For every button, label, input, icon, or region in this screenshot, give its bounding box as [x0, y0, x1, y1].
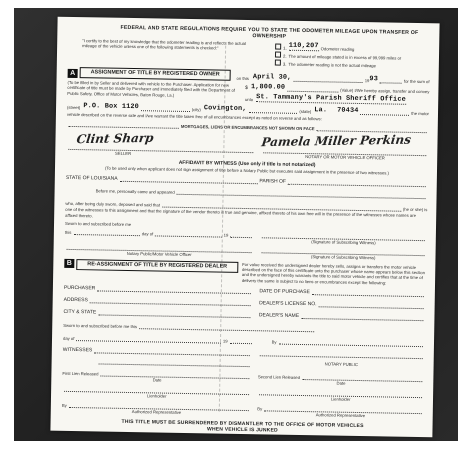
buyer-name-value: St. Tammany's Parish Sheriff Office	[256, 93, 406, 105]
b-by-fill	[278, 337, 423, 347]
odometer-reading-value: 110,207	[289, 42, 319, 52]
b-day-of-label: day of	[63, 336, 75, 341]
by-label-2: By	[257, 406, 262, 411]
date-fill-line	[293, 75, 362, 83]
he-or-she-label: (he or she) is	[403, 207, 428, 212]
city-label: (city)	[192, 107, 201, 112]
state-of-louisiana-label: STATE OF LOUISIANA	[66, 175, 118, 182]
section-a-letter: A	[68, 69, 78, 78]
sworn-this-fill	[139, 322, 315, 332]
odometer-checkbox-3	[275, 59, 281, 65]
witnesses-label: WITNESSES	[63, 347, 93, 354]
dealers-name-fill	[301, 312, 423, 321]
dollar-sign: $	[245, 85, 248, 91]
state-fill-line	[360, 108, 409, 116]
sale-year-value: 93	[369, 75, 378, 83]
unto-label: unto	[245, 97, 253, 102]
this-label: this	[65, 230, 72, 235]
year-fill-line	[380, 76, 402, 83]
notary-public-label: NOTARY PUBLIC	[258, 360, 425, 368]
state-fill	[120, 175, 258, 184]
seller-signature-block: Clint Sharp SELLER	[66, 129, 262, 158]
odometer-option-number: 3.	[283, 62, 287, 67]
mortgages-left-line	[69, 120, 179, 129]
screenshot: FEDERAL AND STATE REGULATIONS REQUIRE YO…	[0, 0, 472, 453]
odometer-option-number: 1.	[283, 46, 287, 51]
odometer-option-1-label: Odometer reading	[321, 46, 355, 52]
city-state-label: CITY & STATE	[63, 309, 96, 316]
notary-signature: Pamela Miller Perkins	[261, 133, 429, 150]
section-b-title: RE-ASSIGNMENT OF TITLE BY REGISTERED DEA…	[76, 259, 238, 273]
nineteen-label: 19	[224, 232, 229, 237]
for-sum-label: for the sum of	[404, 79, 430, 84]
city-fill-line	[249, 106, 298, 114]
address-label: ADDRESS	[64, 297, 88, 303]
notary-signature-block: Pamela Miller Perkins NOTARY OR MOTOR VE…	[262, 133, 429, 162]
amount-fill-line	[287, 85, 338, 93]
year-fill	[230, 230, 252, 237]
odometer-option-3-label: The odometer reading is not the actual m…	[288, 62, 376, 69]
address-fill	[90, 296, 251, 306]
witnesses-fill-1	[94, 346, 250, 356]
sworn-this-label: Sworn to and subscribed before me this	[63, 323, 137, 329]
this-fill	[73, 228, 140, 236]
dealers-name-label: DEALER'S NAME	[259, 312, 299, 319]
first-lien-label: First Lien Released	[62, 371, 98, 377]
b-nineteen-label: 19	[223, 338, 228, 343]
odometer-section: 1. 110,207 Odometer reading 2. The amoun…	[249, 41, 430, 70]
by-label-1: By	[62, 403, 67, 408]
section-a-instructions: (To be filled in by Seller and delivered…	[67, 80, 241, 99]
appeared-label: Before me, personally came and appeared	[96, 189, 175, 195]
city-value: Covington,	[204, 104, 247, 113]
odometer-checkbox-1	[275, 43, 281, 49]
purchaser-fill	[97, 284, 251, 294]
parish-of-label: PARISH OF	[259, 178, 286, 184]
b-dayof-fill	[76, 334, 221, 344]
notary-public-line	[260, 349, 423, 359]
odometer-option-3: 3. The odometer reading is not the actua…	[275, 59, 430, 69]
dayof-fill	[155, 229, 222, 237]
seller-signature: Clint Sharp	[76, 129, 257, 146]
day-of-label: day of	[142, 231, 154, 236]
street-value: P.O. Box 1120	[83, 102, 139, 111]
appeared-fill	[177, 188, 426, 199]
second-lien-label: Second Lien Released	[258, 374, 300, 380]
city-state-fill	[98, 308, 251, 318]
the-motor-label: the motor	[411, 111, 429, 116]
sale-value-block: $ 1,800.00 (Value) I/We hereby assign, t…	[241, 83, 430, 105]
date-of-purchase-fill	[312, 288, 424, 297]
parish-fill	[288, 178, 426, 187]
odometer-checkbox-2	[275, 51, 281, 57]
date-of-purchase-label: DATE OF PURCHASE	[259, 288, 310, 295]
purchaser-label: PURCHASER	[64, 285, 96, 292]
section-b-letter: B	[64, 259, 74, 268]
dealers-license-fill	[318, 300, 423, 309]
section-b-instructions: For value received the undersigned deale…	[242, 262, 427, 286]
state-value: La.	[314, 106, 327, 114]
title-document-page: FEDERAL AND STATE REGULATIONS REQUIRE YO…	[50, 17, 439, 438]
section-a-title: ASSIGNMENT OF TITLE BY REGISTERED OWNER	[80, 67, 231, 81]
b-year-fill	[230, 336, 252, 343]
witnesses-fill-2	[99, 357, 251, 367]
sale-date-value: April 30,	[253, 73, 292, 82]
street-label: (street)	[67, 105, 80, 110]
b-by-label: By	[272, 339, 277, 344]
certify-statement: "I certify to the best of my knowledge t…	[68, 38, 249, 52]
value-label: (Value) I/We hereby assign, transfer and…	[340, 88, 429, 95]
dealers-license-label: DEALER'S LICENSE NO.	[259, 300, 316, 307]
odometer-option-number: 2.	[283, 54, 287, 59]
date-prefix-label: on this	[237, 76, 249, 81]
state-label: (state)	[299, 109, 311, 114]
street-fill-line	[141, 104, 190, 112]
zip-value: 70434	[337, 107, 359, 115]
sale-amount-value: 1,800.00	[251, 83, 285, 92]
